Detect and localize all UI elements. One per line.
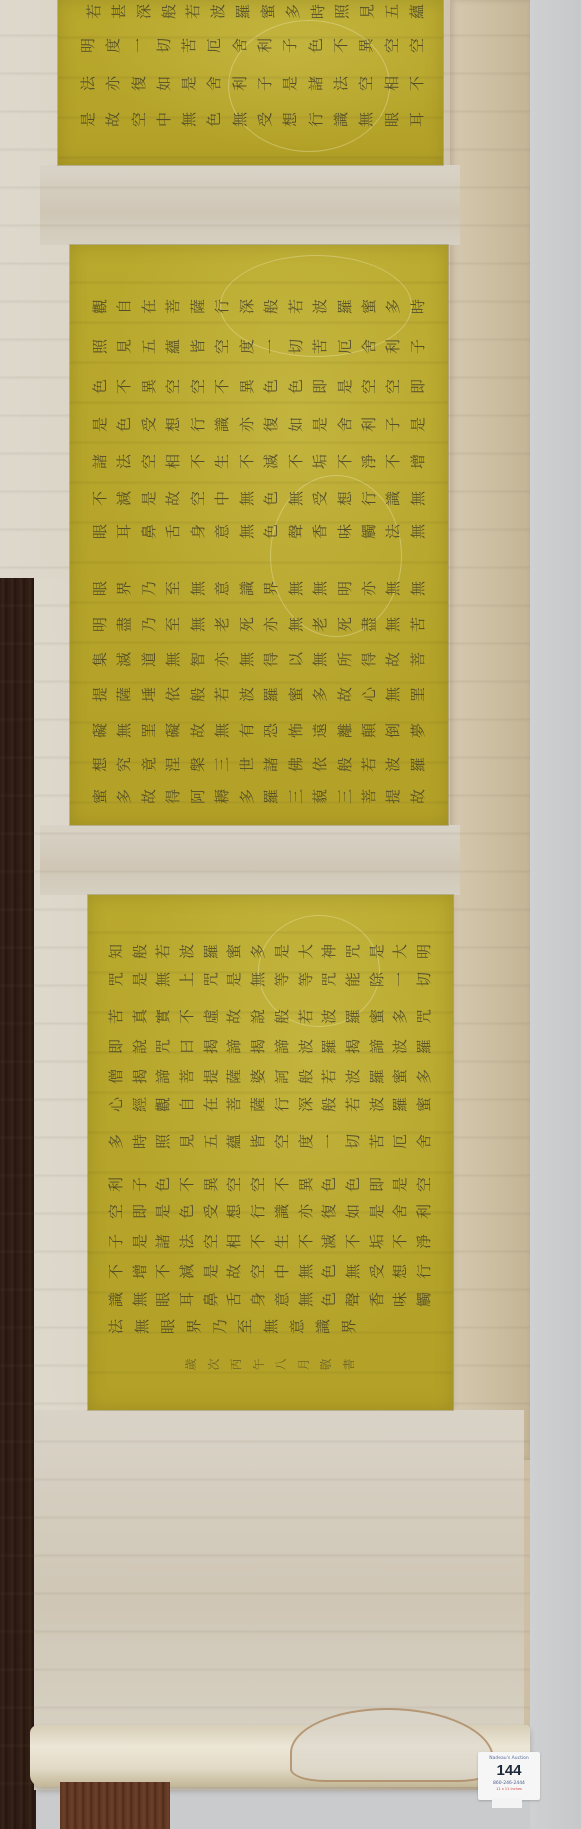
calligraphy-character: 羅 <box>235 3 252 20</box>
calligraphy-character: 蘊 <box>165 338 182 355</box>
calligraphy-character: 苦 <box>369 1133 386 1150</box>
calligraphy-character: 亦 <box>105 75 122 92</box>
calligraphy-character: 盡 <box>116 616 133 633</box>
calligraphy-character: 空 <box>416 1176 433 1193</box>
calligraphy-character: 度 <box>298 1133 315 1150</box>
calligraphy-character: 識 <box>315 1318 332 1335</box>
calligraphy-character: 故 <box>410 788 427 805</box>
calligraphy-panel-2: 觀自在菩薩行深般若波羅蜜多時 照見五蘊皆空度一切苦厄舍利子 色不異空空不異色色即… <box>70 245 448 825</box>
calligraphy-character: 若 <box>185 3 202 20</box>
calligraphy-character: 無 <box>345 1263 362 1280</box>
calligraphy-panel-1: 若甚深般若波羅蜜多時照見五蘊 明度一切苦厄舍利子色不異空空 法亦復如是舍利子是諸… <box>58 0 443 165</box>
calligraphy-character: 無 <box>250 971 267 988</box>
calligraphy-character: 色 <box>116 416 133 433</box>
calligraphy-character: 身 <box>250 1291 267 1308</box>
calligraphy-character: 真 <box>132 1008 149 1025</box>
calligraphy-character: 至 <box>165 616 182 633</box>
text-row: 明盡乃至無老死亦無老死盡無苦 <box>92 613 427 635</box>
wooden-stand-base <box>60 1782 170 1829</box>
calligraphy-character: 滅 <box>116 651 133 668</box>
text-row: 眼界乃至無意識界無無明亦無無 <box>92 577 427 599</box>
calligraphy-character: 無 <box>214 722 231 739</box>
calligraphy-character: 波 <box>321 1008 338 1025</box>
calligraphy-character: 一 <box>392 971 409 988</box>
calligraphy-character: 明 <box>80 37 97 54</box>
calligraphy-character: 識 <box>385 490 402 507</box>
calligraphy-character: 遠 <box>312 722 329 739</box>
text-row: 咒是無上咒是無等等咒能除一切 <box>108 968 433 990</box>
calligraphy-character: 無 <box>239 490 256 507</box>
calligraphy-character: 不 <box>155 1263 172 1280</box>
calligraphy-character: 是 <box>141 490 158 507</box>
calligraphy-character: 除 <box>369 971 386 988</box>
calligraphy-character: 空 <box>409 37 426 54</box>
calligraphy-character: 無 <box>232 111 249 128</box>
calligraphy-character: 是 <box>337 378 354 395</box>
calligraphy-character: 五 <box>384 3 401 20</box>
text-row: 即說咒曰揭諦揭諦波羅揭諦波羅 <box>108 1035 433 1057</box>
calligraphy-character: 不 <box>392 1233 409 1250</box>
calligraphy-character: 切 <box>416 971 433 988</box>
calligraphy-character: 眼 <box>384 111 401 128</box>
calligraphy-character: 蜜 <box>92 788 109 805</box>
calligraphy-character: 曰 <box>179 1038 196 1055</box>
text-row: 想究竟涅槃三世諸佛依般若波羅 <box>92 753 427 775</box>
calligraphy-character: 是 <box>80 111 97 128</box>
text-row: 色不異空空不異色色即是空空即 <box>92 375 427 397</box>
calligraphy-character: 照 <box>92 338 109 355</box>
calligraphy-character: 盡 <box>361 616 378 633</box>
gray-wall-background <box>530 0 581 1829</box>
faint-sketch-lines <box>258 915 380 1027</box>
calligraphy-character: 如 <box>156 75 173 92</box>
calligraphy-character: 想 <box>226 1203 243 1220</box>
calligraphy-character: 知 <box>108 943 125 960</box>
calligraphy-character: 至 <box>237 1318 254 1335</box>
calligraphy-character: 咒 <box>321 971 338 988</box>
calligraphy-character: 深 <box>136 3 153 20</box>
calligraphy-character: 智 <box>190 651 207 668</box>
calligraphy-character: 異 <box>239 378 256 395</box>
calligraphy-character: 諸 <box>92 453 109 470</box>
calligraphy-character: 復 <box>321 1203 338 1220</box>
calligraphy-character: 受 <box>369 1263 386 1280</box>
calligraphy-character: 咒 <box>345 943 362 960</box>
calligraphy-character: 丙 <box>228 1356 245 1373</box>
calligraphy-character: 揭 <box>132 1068 149 1085</box>
calligraphy-character: 若 <box>288 298 305 315</box>
calligraphy-character: 鼻 <box>203 1291 220 1308</box>
calligraphy-character: 多 <box>116 788 133 805</box>
calligraphy-character: 異 <box>203 1176 220 1193</box>
calligraphy-character: 究 <box>116 756 133 773</box>
calligraphy-character: 法 <box>108 1318 125 1335</box>
calligraphy-character: 不 <box>274 1176 291 1193</box>
calligraphy-character: 中 <box>274 1263 291 1280</box>
calligraphy-character: 皆 <box>250 1133 267 1150</box>
calligraphy-character: 是 <box>392 1176 409 1193</box>
calligraphy-character: 得 <box>263 651 280 668</box>
calligraphy-character: 咒 <box>416 1008 433 1025</box>
blank-mount-section <box>34 1410 524 1730</box>
calligraphy-character: 空 <box>203 1233 220 1250</box>
calligraphy-character: 無 <box>181 111 198 128</box>
calligraphy-character: 亦 <box>298 1203 315 1220</box>
calligraphy-character: 利 <box>385 338 402 355</box>
calligraphy-character: 婆 <box>250 1068 267 1085</box>
text-row: 蜜多故得阿耨多羅三藐三菩提故 <box>92 785 427 807</box>
calligraphy-character: 無 <box>298 1291 315 1308</box>
calligraphy-character: 子 <box>132 1176 149 1193</box>
text-row: 照見五蘊皆空度一切苦厄舍利子 <box>92 335 427 357</box>
calligraphy-character: 是 <box>132 971 149 988</box>
calligraphy-character: 故 <box>226 1008 243 1025</box>
calligraphy-character: 般 <box>190 686 207 703</box>
text-row: 心經觀自在菩薩行深般若波羅蜜 <box>108 1093 433 1115</box>
calligraphy-character: 身 <box>190 523 207 540</box>
calligraphy-character: 法 <box>179 1233 196 1250</box>
calligraphy-character: 耨 <box>214 788 231 805</box>
calligraphy-character: 意 <box>214 523 231 540</box>
calligraphy-character: 故 <box>165 490 182 507</box>
text-row: 識無眼耳鼻舌身意無色聲香味觸 <box>108 1288 433 1310</box>
calligraphy-character: 無 <box>239 651 256 668</box>
calligraphy-character: 法 <box>80 75 97 92</box>
calligraphy-character: 羅 <box>392 1096 409 1113</box>
calligraphy-character: 無 <box>263 1318 280 1335</box>
calligraphy-character: 生 <box>214 453 231 470</box>
calligraphy-character: 是 <box>92 416 109 433</box>
calligraphy-character: 諦 <box>155 1068 172 1085</box>
calligraphy-character: 蜜 <box>416 1096 433 1113</box>
calligraphy-character: 見 <box>179 1133 196 1150</box>
calligraphy-character: 淨 <box>416 1233 433 1250</box>
calligraphy-character: 空 <box>384 37 401 54</box>
calligraphy-character: 集 <box>92 651 109 668</box>
calligraphy-character: 舌 <box>226 1291 243 1308</box>
calligraphy-character: 法 <box>116 453 133 470</box>
calligraphy-character: 無 <box>385 580 402 597</box>
text-row: 法無眼界乃至無意識界 <box>108 1315 358 1337</box>
calligraphy-character: 不 <box>116 378 133 395</box>
calligraphy-character: 垢 <box>312 453 329 470</box>
calligraphy-character: 槃 <box>190 756 207 773</box>
calligraphy-character: 聲 <box>345 1291 362 1308</box>
calligraphy-character: 復 <box>131 75 148 92</box>
calligraphy-character: 多 <box>416 1068 433 1085</box>
calligraphy-character: 見 <box>359 3 376 20</box>
calligraphy-character: 識 <box>333 111 350 128</box>
calligraphy-character: 界 <box>341 1318 358 1335</box>
calligraphy-character: 亦 <box>214 651 231 668</box>
calligraphy-character: 若 <box>361 756 378 773</box>
auction-lot-tag: Nadeau's Auction 144 860-246-2444 11 x 1… <box>478 1752 540 1800</box>
scroll-right-border <box>450 0 530 1460</box>
text-row: 若甚深般若波羅蜜多時照見五蘊 <box>86 0 426 22</box>
calligraphy-character: 滅 <box>263 453 280 470</box>
calligraphy-character: 故 <box>385 651 402 668</box>
calligraphy-character: 即 <box>132 1203 149 1220</box>
calligraphy-character: 得 <box>165 788 182 805</box>
calligraphy-character: 罣 <box>141 722 158 739</box>
calligraphy-character: 苦 <box>108 1008 125 1025</box>
calligraphy-character: 蘊 <box>409 3 426 20</box>
calligraphy-character: 揭 <box>345 1038 362 1055</box>
calligraphy-character: 佛 <box>288 756 305 773</box>
calligraphy-character: 舍 <box>416 1133 433 1150</box>
calligraphy-character: 蜜 <box>392 1068 409 1085</box>
calligraphy-character: 不 <box>409 75 426 92</box>
calligraphy-character: 若 <box>155 943 172 960</box>
calligraphy-character: 不 <box>214 378 231 395</box>
calligraphy-character: 苦 <box>312 338 329 355</box>
calligraphy-character: 乃 <box>141 616 158 633</box>
calligraphy-character: 一 <box>131 37 148 54</box>
calligraphy-character: 波 <box>239 686 256 703</box>
calligraphy-character: 等 <box>274 971 291 988</box>
text-row: 明度一切苦厄舍利子色不異空空 <box>80 34 426 56</box>
calligraphy-character: 在 <box>141 298 158 315</box>
text-row: 子是諸法空相不生不滅不垢不淨 <box>108 1230 433 1252</box>
calligraphy-character: 波 <box>385 756 402 773</box>
calligraphy-character: 空 <box>358 75 375 92</box>
calligraphy-character: 無 <box>190 616 207 633</box>
calligraphy-character: 是 <box>181 75 198 92</box>
calligraphy-character: 淨 <box>361 453 378 470</box>
calligraphy-character: 亦 <box>239 416 256 433</box>
calligraphy-character: 色 <box>263 490 280 507</box>
text-row: 多時照見五蘊皆空度一切苦厄舍 <box>108 1130 433 1152</box>
calligraphy-character: 羅 <box>345 1008 362 1025</box>
calligraphy-character: 亦 <box>361 580 378 597</box>
calligraphy-character: 界 <box>186 1318 203 1335</box>
calligraphy-character: 波 <box>345 1068 362 1085</box>
calligraphy-character: 是 <box>369 1203 386 1220</box>
calligraphy-character: 想 <box>282 111 299 128</box>
calligraphy-character: 羅 <box>321 1038 338 1055</box>
calligraphy-character: 是 <box>274 943 291 960</box>
faint-sketch-lines <box>228 20 390 152</box>
calligraphy-character: 提 <box>203 1068 220 1085</box>
calligraphy-character: 滅 <box>321 1233 338 1250</box>
text-row: 礙無罣礙故無有恐怖遠離顛倒夢 <box>92 719 427 741</box>
calligraphy-character: 老 <box>312 616 329 633</box>
calligraphy-character: 故 <box>141 788 158 805</box>
calligraphy-character: 耳 <box>116 523 133 540</box>
calligraphy-character: 大 <box>298 943 315 960</box>
calligraphy-character: 所 <box>337 651 354 668</box>
calligraphy-character: 眼 <box>155 1291 172 1308</box>
calligraphy-character: 神 <box>321 943 338 960</box>
calligraphy-character: 色 <box>288 378 305 395</box>
calligraphy-character: 切 <box>345 1133 362 1150</box>
calligraphy-character: 說 <box>250 1008 267 1025</box>
calligraphy-character: 敬 <box>318 1356 335 1373</box>
calligraphy-character: 多 <box>285 3 302 20</box>
calligraphy-character: 即 <box>410 378 427 395</box>
calligraphy-character: 行 <box>214 298 231 315</box>
calligraphy-character: 切 <box>288 338 305 355</box>
calligraphy-character: 法 <box>385 523 402 540</box>
calligraphy-character: 埵 <box>141 686 158 703</box>
calligraphy-character: 減 <box>179 1263 196 1280</box>
calligraphy-character: 午 <box>251 1356 268 1373</box>
calligraphy-character: 恐 <box>263 722 280 739</box>
calligraphy-character: 厄 <box>337 338 354 355</box>
calligraphy-character: 八 <box>273 1356 290 1373</box>
calligraphy-character: 無 <box>288 580 305 597</box>
calligraphy-character: 若 <box>298 1008 315 1025</box>
calligraphy-character: 故 <box>226 1263 243 1280</box>
calligraphy-character: 子 <box>257 75 274 92</box>
calligraphy-character: 色 <box>263 378 280 395</box>
calligraphy-character: 次 <box>206 1356 223 1373</box>
calligraphy-character: 利 <box>232 75 249 92</box>
calligraphy-character: 相 <box>165 453 182 470</box>
calligraphy-character: 舌 <box>165 523 182 540</box>
calligraphy-character: 明 <box>337 580 354 597</box>
calligraphy-character: 無 <box>298 1263 315 1280</box>
calligraphy-character: 怖 <box>288 722 305 739</box>
calligraphy-character: 色 <box>263 523 280 540</box>
calligraphy-character: 照 <box>155 1133 172 1150</box>
calligraphy-character: 時 <box>310 3 327 20</box>
calligraphy-character: 子 <box>410 338 427 355</box>
calligraphy-character: 藐 <box>312 788 329 805</box>
calligraphy-character: 耳 <box>179 1291 196 1308</box>
calligraphy-character: 三 <box>337 788 354 805</box>
calligraphy-character: 若 <box>321 1068 338 1085</box>
calligraphy-character: 大 <box>392 943 409 960</box>
calligraphy-character: 自 <box>179 1096 196 1113</box>
calligraphy-character: 能 <box>345 971 362 988</box>
calligraphy-character: 想 <box>337 490 354 507</box>
calligraphy-character: 說 <box>132 1038 149 1055</box>
calligraphy-character: 羅 <box>416 1038 433 1055</box>
calligraphy-character: 無 <box>132 1291 149 1308</box>
calligraphy-character: 依 <box>312 756 329 773</box>
wooden-stand-left <box>0 578 36 1829</box>
calligraphy-character: 菩 <box>226 1096 243 1113</box>
calligraphy-character: 是 <box>203 1263 220 1280</box>
calligraphy-character: 波 <box>392 1038 409 1055</box>
calligraphy-character: 明 <box>416 943 433 960</box>
calligraphy-character: 無 <box>410 523 427 540</box>
calligraphy-character: 般 <box>274 1008 291 1025</box>
calligraphy-character: 竟 <box>141 756 158 773</box>
calligraphy-character: 行 <box>361 490 378 507</box>
calligraphy-character: 異 <box>358 37 375 54</box>
calligraphy-character: 空 <box>274 1133 291 1150</box>
calligraphy-character: 識 <box>239 580 256 597</box>
auction-phone: 860-246-2444 <box>478 1781 540 1786</box>
calligraphy-character: 照 <box>334 3 351 20</box>
calligraphy-character: 眼 <box>92 523 109 540</box>
calligraphy-character: 無 <box>239 523 256 540</box>
auction-house-name: Nadeau's Auction <box>478 1756 540 1761</box>
calligraphy-character: 空 <box>250 1176 267 1193</box>
calligraphy-character: 乃 <box>212 1318 229 1335</box>
calligraphy-character: 舍 <box>361 338 378 355</box>
mount-gap-2 <box>40 825 460 895</box>
calligraphy-character: 色 <box>155 1176 172 1193</box>
calligraphy-character: 無 <box>385 616 402 633</box>
calligraphy-character: 復 <box>263 416 280 433</box>
calligraphy-character: 空 <box>190 490 207 507</box>
calligraphy-character: 蘊 <box>226 1133 243 1150</box>
text-row: 是色受想行識亦復如是舍利子是 <box>92 413 427 435</box>
calligraphy-character: 香 <box>369 1291 386 1308</box>
calligraphy-character: 薩 <box>250 1096 267 1113</box>
calligraphy-character: 見 <box>116 338 133 355</box>
calligraphy-character: 行 <box>274 1096 291 1113</box>
calligraphy-character: 老 <box>214 616 231 633</box>
calligraphy-character: 倒 <box>385 722 402 739</box>
faint-sketch-lines <box>270 475 402 637</box>
calligraphy-character: 識 <box>274 1203 291 1220</box>
calligraphy-character: 般 <box>321 1096 338 1113</box>
text-row: 法亦復如是舍利子是諸法空相不 <box>80 72 426 94</box>
calligraphy-character: 味 <box>337 523 354 540</box>
calligraphy-character: 以 <box>288 651 305 668</box>
calligraphy-character: 空 <box>108 1203 125 1220</box>
calligraphy-character: 法 <box>333 75 350 92</box>
calligraphy-character: 上 <box>179 971 196 988</box>
calligraphy-character: 菩 <box>179 1068 196 1085</box>
calligraphy-character: 無 <box>134 1318 151 1335</box>
calligraphy-character: 不 <box>92 490 109 507</box>
calligraphy-character: 想 <box>165 416 182 433</box>
calligraphy-character: 般 <box>161 3 178 20</box>
calligraphy-character: 切 <box>156 37 173 54</box>
calligraphy-character: 時 <box>132 1133 149 1150</box>
calligraphy-character: 色 <box>92 378 109 395</box>
calligraphy-character: 亦 <box>263 616 280 633</box>
calligraphy-character: 心 <box>108 1096 125 1113</box>
calligraphy-character: 不 <box>108 1263 125 1280</box>
calligraphy-character: 夢 <box>410 722 427 739</box>
calligraphy-character: 界 <box>116 580 133 597</box>
calligraphy-character: 空 <box>361 378 378 395</box>
text-row: 是故空中無色無受想行識無眼耳 <box>80 108 426 130</box>
calligraphy-character: 不 <box>239 453 256 470</box>
calligraphy-character: 界 <box>263 580 280 597</box>
calligraphy-panel-3: 知般若波羅蜜多是大神咒是大明 咒是無上咒是無等等咒能除一切 苦真實不虛故說般若波… <box>88 895 453 1410</box>
calligraphy-character: 空 <box>250 1263 267 1280</box>
calligraphy-character: 厄 <box>206 37 223 54</box>
calligraphy-character: 薩 <box>116 686 133 703</box>
calligraphy-character: 空 <box>165 378 182 395</box>
calligraphy-character: 揭 <box>203 1038 220 1055</box>
calligraphy-character: 若 <box>345 1096 362 1113</box>
calligraphy-character: 得 <box>361 651 378 668</box>
calligraphy-character: 受 <box>257 111 274 128</box>
tag-tab <box>492 1798 522 1808</box>
calligraphy-character: 子 <box>385 416 402 433</box>
text-row: 眼耳鼻舌身意無色聲香味觸法無 <box>92 520 427 542</box>
calligraphy-character: 菩 <box>361 788 378 805</box>
calligraphy-character: 故 <box>105 111 122 128</box>
calligraphy-character: 意 <box>274 1291 291 1308</box>
calligraphy-character: 眼 <box>92 580 109 597</box>
calligraphy-character: 蜜 <box>226 943 243 960</box>
faint-sketch-lines <box>220 255 412 357</box>
calligraphy-character: 無 <box>190 580 207 597</box>
calligraphy-character: 波 <box>210 3 227 20</box>
calligraphy-character: 無 <box>155 971 172 988</box>
calligraphy-character: 舍 <box>232 37 249 54</box>
calligraphy-character: 不 <box>345 1233 362 1250</box>
